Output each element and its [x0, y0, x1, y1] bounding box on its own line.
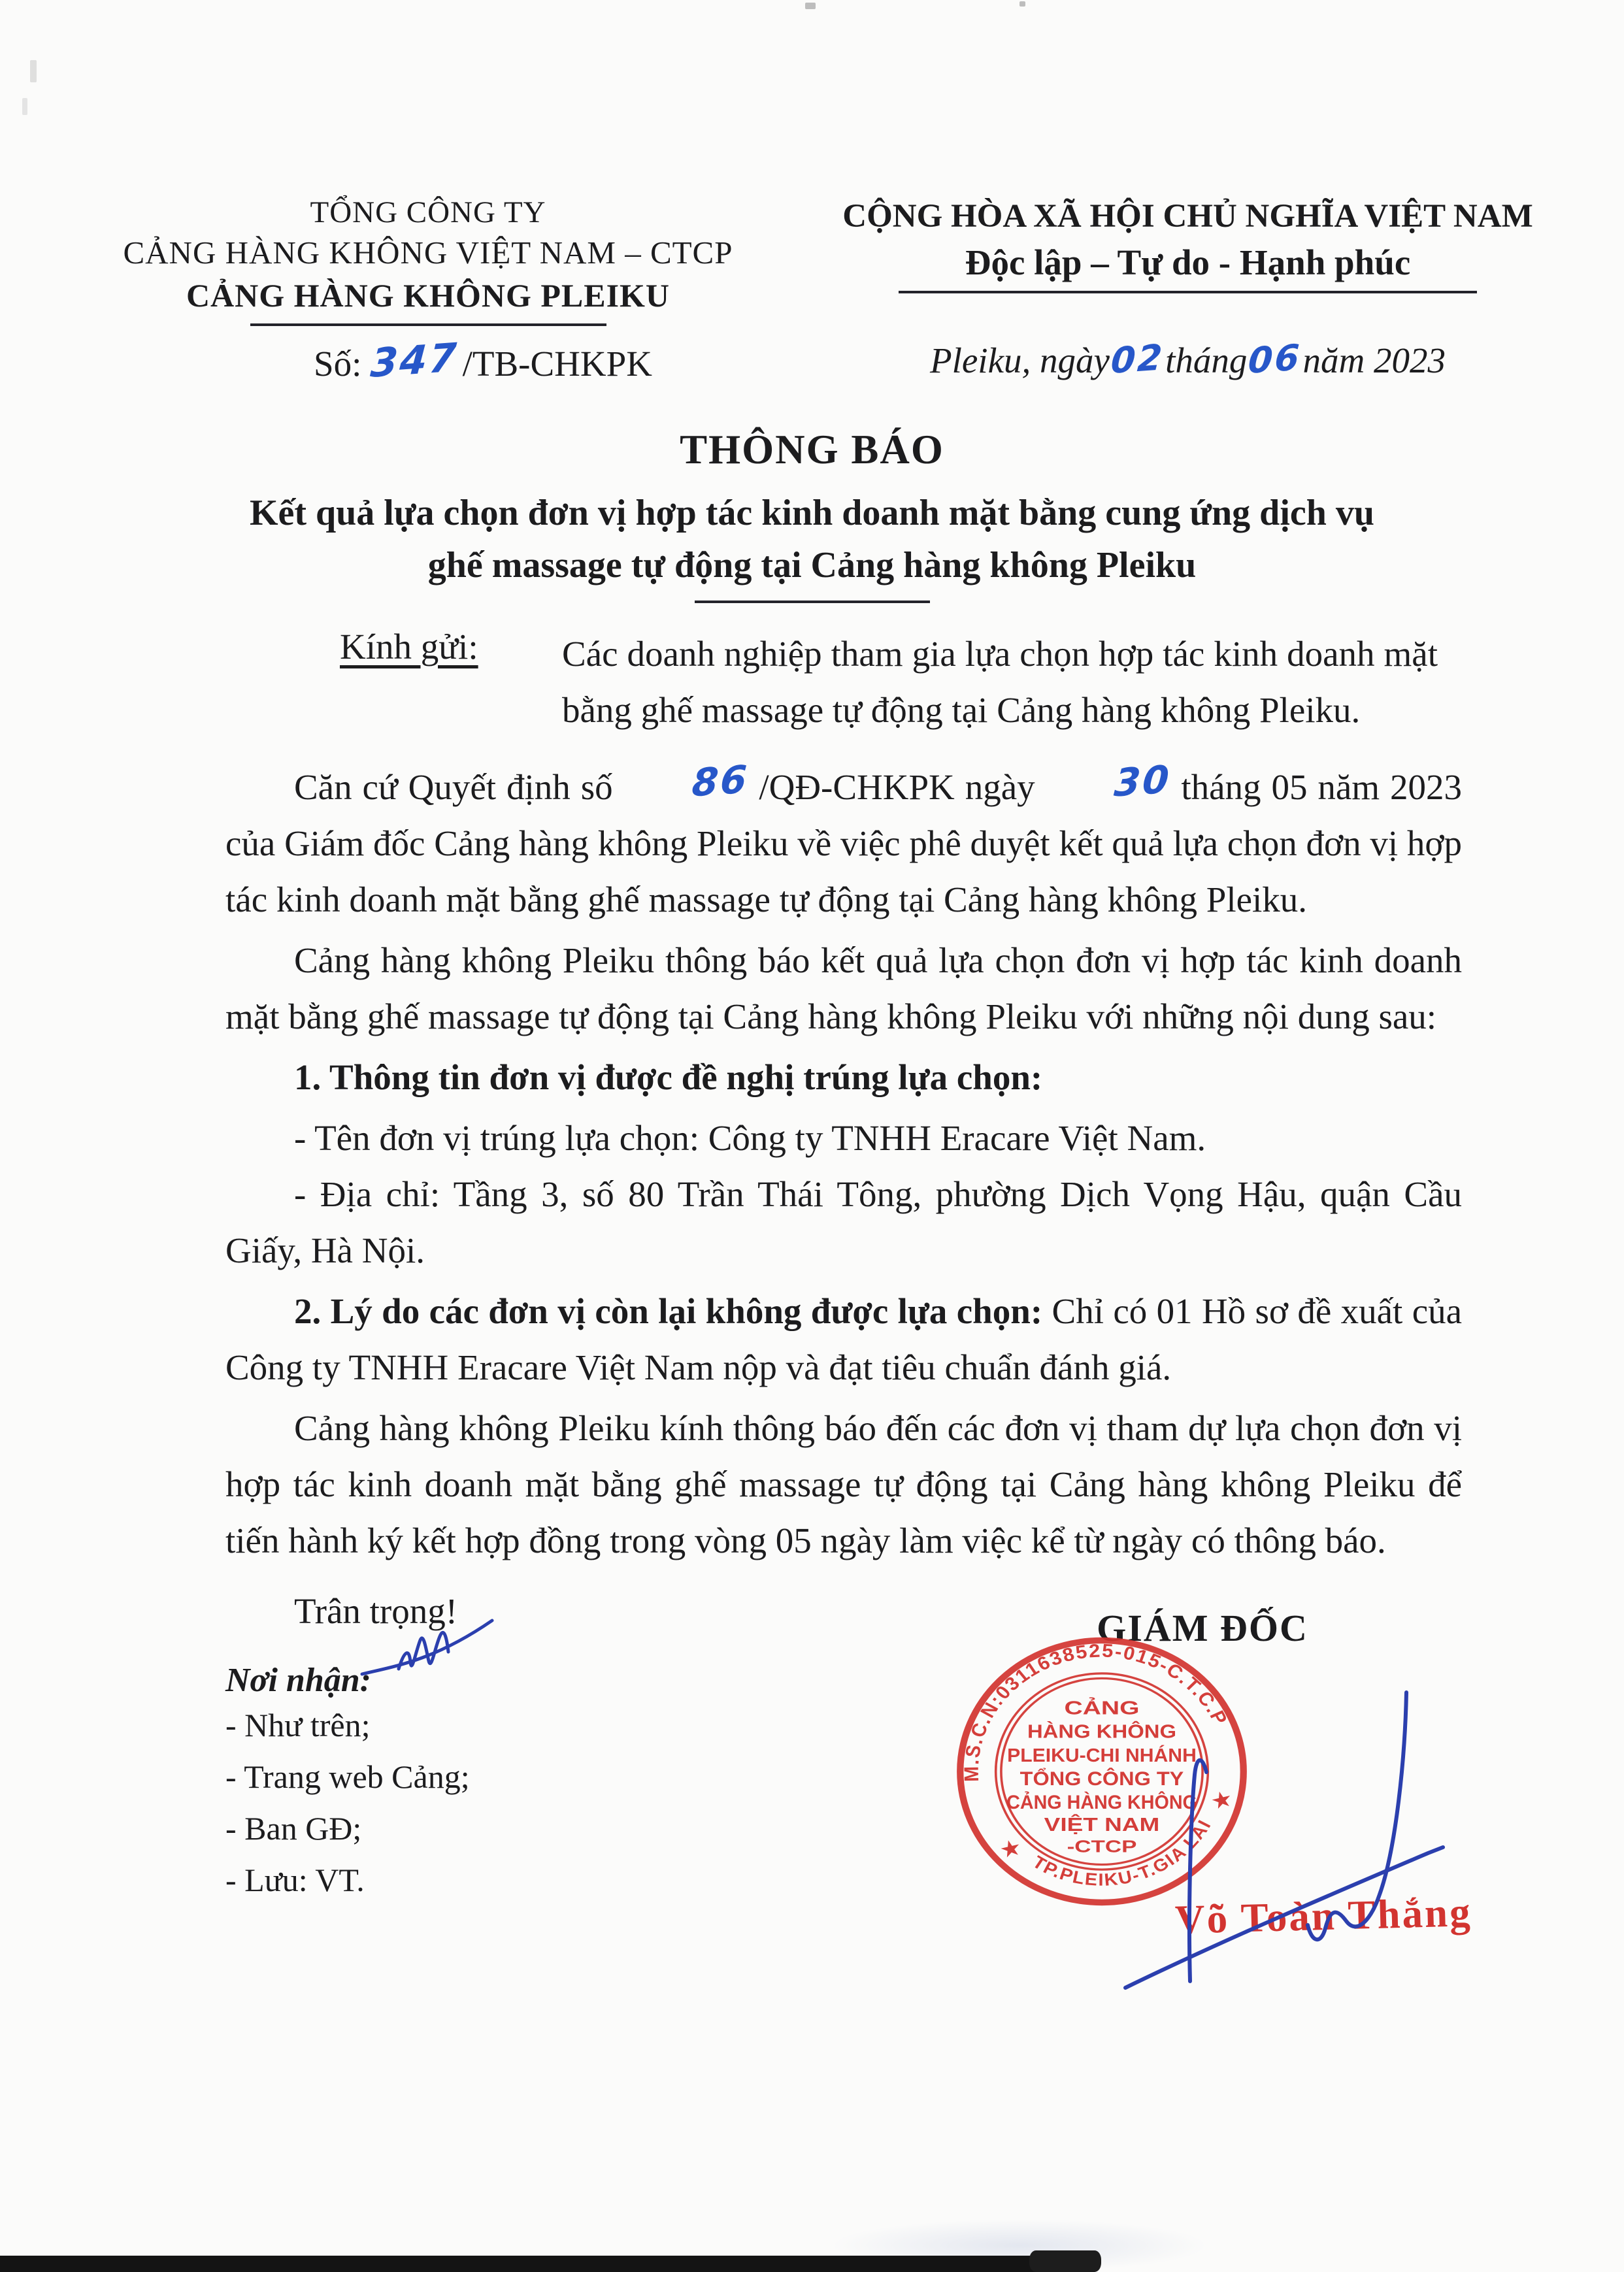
- document-subtitle: Kết quả lựa chọn đơn vị hợp tác kinh doa…: [0, 487, 1624, 591]
- place-date-line: Pleiku, ngày02tháng06năm 2023: [837, 340, 1539, 381]
- recipient-item: - Như trên;: [225, 1700, 470, 1751]
- issuer-branch: CẢNG HÀNG KHÔNG PLEIKU: [118, 276, 738, 314]
- national-divider: [899, 291, 1477, 293]
- title-divider: [695, 601, 930, 603]
- director-signature-svg: [948, 1601, 1536, 2032]
- paragraph-contract-notice: Cảng hàng không Pleiku kính thông báo đế…: [225, 1400, 1462, 1569]
- handwritten-decision-number: 86: [621, 751, 750, 816]
- paragraph-announcement: Cảng hàng không Pleiku thông báo kết quả…: [225, 932, 1462, 1045]
- place-date-year: năm 2023: [1303, 340, 1446, 380]
- place-date-prefix: Pleiku, ngày: [930, 340, 1110, 380]
- clerk-initial-ink: [358, 1606, 515, 1704]
- section-1-heading: 1. Thông tin đơn vị được đề nghị trúng l…: [225, 1049, 1462, 1106]
- recipient-item: - Lưu: VT.: [225, 1854, 470, 1906]
- salutation-label: Kính gửi:: [340, 626, 562, 738]
- paragraph-legal-basis: Căn cứ Quyết định số86/QĐ-CHKPK ngày30th…: [225, 758, 1462, 928]
- scan-speck: [30, 60, 37, 82]
- issuer-org: CẢNG HÀNG KHÔNG VIỆT NAM – CTCP: [118, 234, 738, 271]
- document-title: THÔNG BÁO: [0, 426, 1624, 474]
- scan-speck: [22, 98, 27, 115]
- issuer-header: TỔNG CÔNG TY CẢNG HÀNG KHÔNG VIỆT NAM – …: [118, 195, 738, 326]
- scan-bottom-bar-blob: [1029, 2250, 1101, 2272]
- recipient-item: - Ban GĐ;: [225, 1803, 470, 1854]
- document-body: Căn cứ Quyết định số86/QĐ-CHKPK ngày30th…: [225, 758, 1462, 1644]
- clerk-initial-svg: [358, 1606, 515, 1704]
- issuer-parent-org: TỔNG CÔNG TY: [118, 195, 738, 230]
- salutation: Kính gửi: Các doanh nghiệp tham gia lựa …: [340, 626, 1438, 738]
- section-2-heading: 2. Lý do các đơn vị còn lại không được l…: [294, 1291, 1042, 1331]
- handwritten-day: 02: [1110, 337, 1165, 382]
- document-number-suffix: /TB-CHKPK: [463, 344, 652, 384]
- scan-speck: [1019, 1, 1025, 7]
- national-header: CỘNG HÒA XÃ HỘI CHỦ NGHĨA VIỆT NAM Độc l…: [837, 197, 1539, 293]
- scan-speck: [805, 3, 816, 9]
- document-number-handwritten: 347: [369, 335, 460, 387]
- subtitle-line-2: ghế massage tự động tại Cảng hàng không …: [0, 539, 1624, 591]
- handwritten-decision-day: 30: [1044, 751, 1172, 816]
- scanned-document-page: TỔNG CÔNG TY CẢNG HÀNG KHÔNG VIỆT NAM – …: [0, 0, 1624, 2272]
- national-motto: Độc lập – Tự do - Hạnh phúc: [837, 242, 1539, 283]
- document-number-label: Số:: [314, 344, 361, 384]
- section-2: 2. Lý do các đơn vị còn lại không được l…: [225, 1283, 1462, 1396]
- title-block: THÔNG BÁO Kết quả lựa chọn đơn vị hợp tá…: [0, 426, 1624, 603]
- salutation-text: Các doanh nghiệp tham gia lựa chọn hợp t…: [562, 626, 1438, 738]
- issuer-divider: [250, 323, 606, 326]
- director-signature-ink: [948, 1601, 1536, 2032]
- place-date-thang: tháng: [1165, 340, 1247, 380]
- scan-bottom-bar: [0, 2256, 1059, 2272]
- handwritten-month: 06: [1247, 337, 1302, 382]
- section-1-item-winner: - Tên đơn vị trúng lựa chọn: Công ty TNH…: [225, 1110, 1462, 1166]
- document-number-line: Số:347/TB-CHKPK: [314, 340, 652, 386]
- national-motto-country: CỘNG HÒA XÃ HỘI CHỦ NGHĨA VIỆT NAM: [837, 197, 1539, 235]
- recipient-item: - Trang web Cảng;: [225, 1751, 470, 1803]
- section-1-item-address: - Địa chỉ: Tầng 3, số 80 Trần Thái Tông,…: [225, 1166, 1462, 1279]
- subtitle-line-1: Kết quả lựa chọn đơn vị hợp tác kinh doa…: [0, 487, 1624, 539]
